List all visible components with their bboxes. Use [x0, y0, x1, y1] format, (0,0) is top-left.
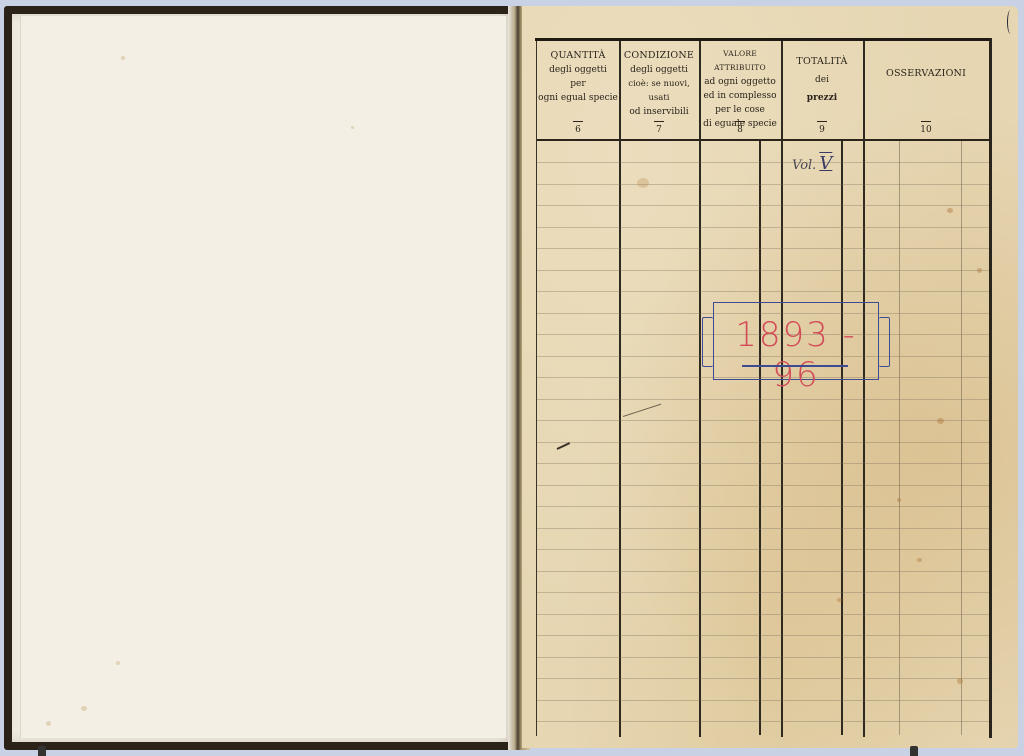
year-range-text: 1893 - 96	[714, 315, 878, 395]
header-line: degli oggetti	[619, 63, 699, 77]
foxing-spot	[917, 558, 922, 562]
ruled-line	[537, 399, 989, 400]
ruled-line	[537, 291, 989, 292]
foxing-spot	[351, 126, 354, 129]
column-divider	[699, 41, 701, 737]
ledger-right-rule	[989, 38, 992, 738]
left-page-blank	[12, 14, 512, 742]
foxing-spot	[957, 678, 963, 684]
header-title: VALORE ATTRIBUITO	[699, 47, 781, 75]
column-number: 10	[863, 123, 989, 137]
ruled-line	[537, 721, 989, 722]
ruled-line	[537, 614, 989, 615]
header-title: OSSERVAZIONI	[863, 67, 989, 81]
ruled-line	[537, 528, 989, 529]
header-line: ed in complesso	[699, 89, 781, 103]
ruled-line	[537, 270, 989, 271]
year-range-box: 1893 - 96	[713, 302, 879, 380]
left-sheet	[20, 16, 506, 738]
ruled-line	[537, 635, 989, 636]
box-right-flag	[879, 317, 890, 367]
ruled-line	[537, 506, 989, 507]
column-header-condizione: CONDIZIONE degli oggetti cioè: se nuovi,…	[619, 41, 699, 139]
header-line: cioè: se nuovi, usati	[619, 77, 699, 105]
column-header-quantita: QUANTITÀ degli oggetti per ogni egual sp…	[537, 41, 619, 139]
column-header-totalita: TOTALITÀ dei prezzi 9	[781, 41, 863, 139]
open-ledger-book: QUANTITÀ degli oggetti per ogni egual sp…	[0, 0, 1024, 756]
header-line: od inservibili	[619, 105, 699, 119]
volume-annotation: Vol.V	[792, 153, 832, 174]
header-title: CONDIZIONE	[619, 49, 699, 63]
foxing-spot	[116, 661, 120, 665]
year-underline	[742, 365, 848, 367]
header-line: ad ogni oggetto	[699, 75, 781, 89]
column-number: 9	[781, 123, 863, 137]
foxing-spot	[81, 706, 87, 711]
ruled-line	[537, 463, 989, 464]
ruled-line	[537, 700, 989, 701]
bookmark-ribbon	[38, 746, 46, 756]
ruled-line	[537, 549, 989, 550]
foxing-spot	[837, 598, 842, 602]
header-bottom-rule	[537, 139, 989, 141]
column-header-osservazioni: OSSERVAZIONI 10	[863, 41, 989, 139]
bookmark-ribbon	[910, 746, 918, 756]
ruled-line	[537, 571, 989, 572]
sub-column-divider	[961, 141, 962, 735]
sub-column-divider	[899, 141, 900, 735]
right-page-ledger: QUANTITÀ degli oggetti per ogni egual sp…	[522, 6, 1018, 748]
ruled-line	[537, 420, 989, 421]
header-title: TOTALITÀ	[781, 55, 863, 69]
ruled-line	[537, 248, 989, 249]
foxing-spot	[46, 721, 51, 726]
sub-column-divider	[841, 141, 843, 735]
pencil-mark	[623, 404, 661, 417]
ruled-line	[537, 678, 989, 679]
ruled-line	[537, 657, 989, 658]
header-title: QUANTITÀ	[537, 49, 619, 63]
column-number: 6	[537, 123, 619, 137]
ruled-line	[537, 442, 989, 443]
ledger-table: QUANTITÀ degli oggetti per ogni egual sp…	[536, 38, 1001, 736]
ruled-line	[537, 227, 989, 228]
header-line: dei	[781, 73, 863, 87]
pencil-mark	[557, 442, 571, 450]
header-line: degli oggetti	[537, 63, 619, 77]
foxing-spot	[637, 178, 649, 188]
sub-column-divider	[759, 141, 761, 735]
volume-numeral: V	[819, 153, 832, 174]
foxing-spot	[121, 56, 125, 60]
header-line: per	[537, 77, 619, 91]
foxing-spot	[977, 268, 982, 273]
header-line: ogni egual specie	[537, 91, 619, 105]
ruled-line	[537, 485, 989, 486]
column-number: 7	[619, 123, 699, 137]
ruled-line	[537, 184, 989, 185]
column-header-valore: VALORE ATTRIBUITO ad ogni oggetto ed in …	[699, 41, 781, 139]
header-line: prezzi	[781, 91, 863, 105]
volume-prefix: Vol.	[792, 158, 816, 173]
foxing-spot	[947, 208, 953, 213]
ruled-line	[537, 592, 989, 593]
page-corner-curl	[1007, 10, 1014, 34]
ruled-line	[537, 205, 989, 206]
foxing-spot	[937, 418, 944, 424]
column-number: 8	[699, 123, 781, 137]
foxing-spot	[897, 498, 901, 502]
box-left-flag	[702, 317, 713, 367]
ruled-line	[537, 162, 989, 163]
column-divider	[619, 41, 621, 737]
header-line: per le cose	[699, 103, 781, 117]
